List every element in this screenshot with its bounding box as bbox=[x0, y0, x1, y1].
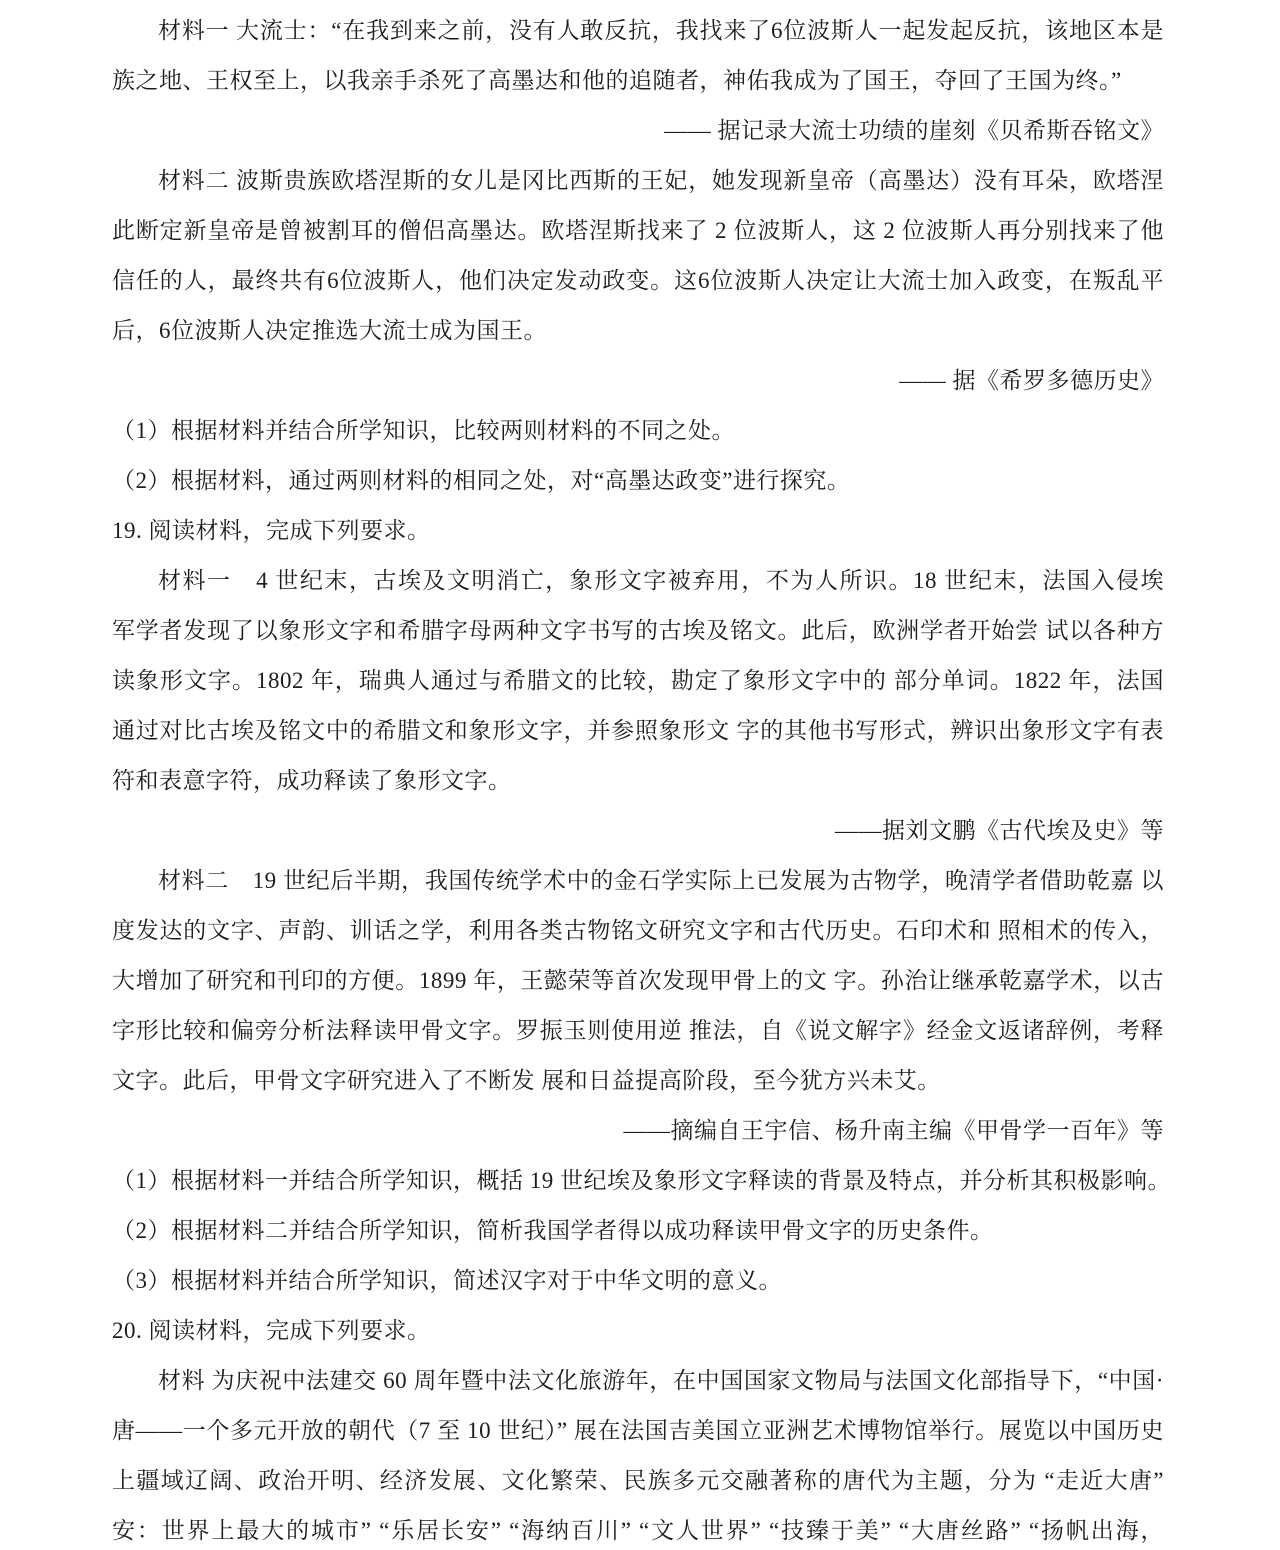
text-line: ——摘编自王宇信、杨升南主编《甲骨学一百年》等 bbox=[112, 1106, 1164, 1156]
text-line: 此断定新皇帝是曾被割耳的僧侣高墨达。欧塔涅斯找来了 2 位波斯人，这 2 位波斯… bbox=[112, 206, 1164, 256]
text-line: 字形比较和偏旁分析法释读甲骨文字。罗振玉则使用逆 推法，自《说文解字》经金文返诸… bbox=[112, 1006, 1164, 1056]
text-line: 文字。此后，甲骨文字研究进入了不断发 展和日益提高阶段，至今犹方兴未艾。 bbox=[112, 1056, 1164, 1106]
text-line: （2）根据材料，通过两则材料的相同之处，对“高墨达政变”进行探究。 bbox=[112, 456, 1164, 506]
text-line: 材料一 大流士：“在我到来之前，没有人敢反抗，我找来了6位波斯人一起发起反抗，该… bbox=[112, 6, 1164, 56]
text-line: 信任的人，最终共有6位波斯人，他们决定发动政变。这6位波斯人决定让大流士加入政变… bbox=[112, 256, 1164, 306]
text-line: 材料二 波斯贵族欧塔涅斯的女儿是冈比西斯的王妃，她发现新皇帝（高墨达）没有耳朵，… bbox=[112, 156, 1164, 206]
text-line: 通过对比古埃及铭文中的希腊文和象形文字，并参照象形文 字的其他书写形式，辨识出象… bbox=[112, 706, 1164, 756]
text-line: 20. 阅读材料，完成下列要求。 bbox=[112, 1306, 1164, 1356]
text-line: 后，6位波斯人决定推选大流士成为国王。 bbox=[112, 306, 1164, 356]
document-page: 材料一 大流士：“在我到来之前，没有人敢反抗，我找来了6位波斯人一起发起反抗，该… bbox=[0, 0, 1280, 1550]
text-line: 度发达的文字、声韵、训话之学，利用各类古物铭文研究文字和古代历史。石印术和 照相… bbox=[112, 906, 1164, 956]
text-line: 材料二 19 世纪后半期，我国传统学术中的金石学实际上已发展为古物学，晚清学者借… bbox=[112, 856, 1164, 906]
text-line: （1）根据材料并结合所学知识，比较两则材料的不同之处。 bbox=[112, 406, 1164, 456]
document-lines: 材料一 大流士：“在我到来之前，没有人敢反抗，我找来了6位波斯人一起发起反抗，该… bbox=[112, 6, 1164, 1550]
text-line: 大增加了研究和刊印的方便。1899 年，王懿荣等首次发现甲骨上的文 字。孙治让继… bbox=[112, 956, 1164, 1006]
text-line: ——据刘文鹏《古代埃及史》等 bbox=[112, 806, 1164, 856]
text-line: （3）根据材料并结合所学知识，简述汉字对于中华文明的意义。 bbox=[112, 1256, 1164, 1306]
text-line: 族之地、王权至上，以我亲手杀死了高墨达和他的追随者，神佑我成为了国王，夺回了王国… bbox=[112, 56, 1164, 106]
text-line: 读象形文字。1802 年，瑞典人通过与希腊文的比较，勘定了象形文字中的 部分单词… bbox=[112, 656, 1164, 706]
text-line: 唐——一个多元开放的朝代（7 至 10 世纪）” 展在法国吉美国立亚洲艺术博物馆… bbox=[112, 1406, 1164, 1456]
text-line: 军学者发现了以象形文字和希腊字母两种文字书写的古埃及铭文。此后，欧洲学者开始尝 … bbox=[112, 606, 1164, 656]
text-line: （2）根据材料二并结合所学知识，简析我国学者得以成功释读甲骨文字的历史条件。 bbox=[112, 1206, 1164, 1256]
text-line: 上疆域辽阔、政治开明、经济发展、文化繁荣、民族多元交融著称的唐代为主题，分为 “… bbox=[112, 1456, 1164, 1506]
text-line: 材料一 4 世纪末，古埃及文明消亡，象形文字被弃用，不为人所识。18 世纪末，法… bbox=[112, 556, 1164, 606]
text-line: 材料 为庆祝中法建交 60 周年暨中法文化旅游年，在中国国家文物局与法国文化部指… bbox=[112, 1356, 1164, 1406]
text-line: 符和表意字符，成功释读了象形文字。 bbox=[112, 756, 1164, 806]
text-line: 安：世界上最大的城市” “乐居长安” “海纳百川” “文人世界” “技臻于美” … bbox=[112, 1506, 1164, 1550]
text-line: 19. 阅读材料，完成下列要求。 bbox=[112, 506, 1164, 556]
text-line: （1）根据材料一并结合所学知识，概括 19 世纪埃及象形文字释读的背景及特点，并… bbox=[112, 1156, 1164, 1206]
text-line: —— 据《希罗多德历史》 bbox=[112, 356, 1164, 406]
text-line: —— 据记录大流士功绩的崖刻《贝希斯吞铭文》 bbox=[112, 106, 1164, 156]
